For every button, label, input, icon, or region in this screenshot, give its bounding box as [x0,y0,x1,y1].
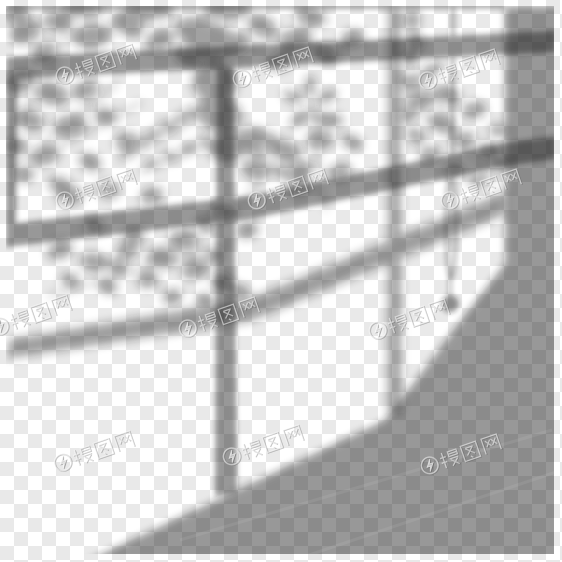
watermark [367,299,450,342]
far-mullion-shadow [388,6,401,413]
shadow-overlay-graphic [0,0,562,562]
watermark [52,431,135,474]
stock-image-canvas [0,0,562,562]
